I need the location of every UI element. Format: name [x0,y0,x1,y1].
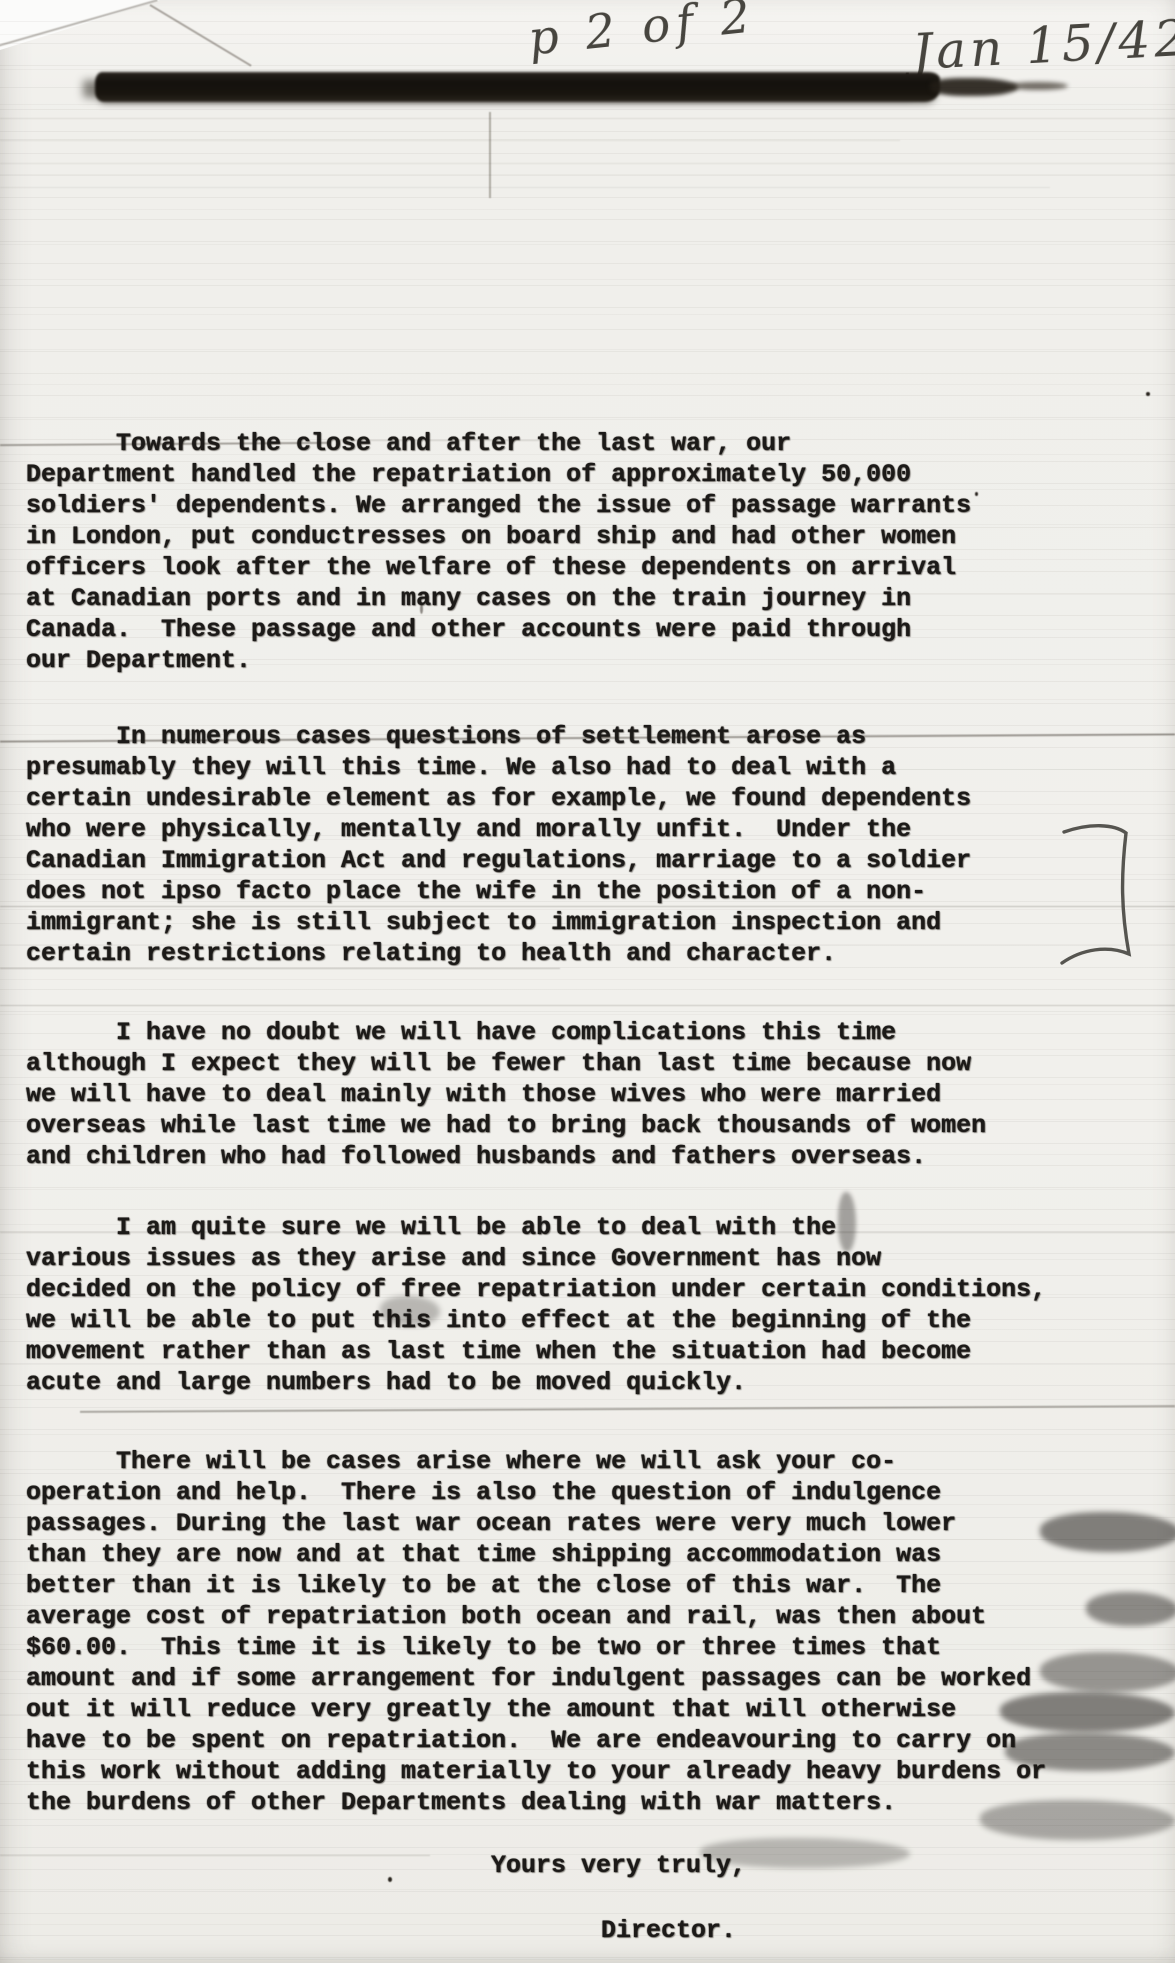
ink-smudge [1040,1512,1175,1552]
handwritten-page-note: p 2 of 2 [526,0,759,67]
paper-speck [420,604,423,614]
scan-streak [0,140,900,141]
letter-paragraph: Towards the close and after the last war… [26,428,1146,676]
ink-smudge [700,1838,910,1868]
paper-speck [388,1877,392,1882]
paper-speck [975,492,978,496]
ink-smudge [380,1296,440,1326]
fold-crease-line [149,4,251,66]
scan-streak [0,187,1050,188]
ink-smudge [980,1800,1175,1840]
handwritten-date-note: Jan 15/42 [911,9,1175,81]
photocopy-toner-wisp [1008,82,1068,90]
ink-smudge [1086,1592,1175,1626]
signature-title: Director. [601,1915,1146,1946]
ink-smudge [1040,1652,1175,1692]
ink-smudge [838,1192,856,1252]
fold-corner [0,0,170,58]
ink-smudge [1005,1733,1175,1771]
letter-body: Towards the close and after the last war… [26,428,1146,1946]
photocopy-toner-band-tail [930,78,1018,96]
letter-paragraph: I have no doubt we will have complicatio… [26,1017,1146,1172]
letter-paragraph: I am quite sure we will be able to deal … [26,1212,1146,1398]
scan-streak [0,118,1175,119]
handwritten-margin-bracket [1056,818,1138,970]
scanned-letter-page: p 2 of 2 Jan 15/42 Towards the close and… [0,0,1175,1963]
photocopy-toner-band [95,72,940,102]
paper-speck [1146,392,1150,396]
ink-smudge [1000,1692,1175,1732]
vertical-crease [489,112,491,198]
letter-paragraph: In numerous cases questions of settlemen… [26,721,1146,969]
scan-streak [0,163,1175,164]
letter-paragraph: There will be cases arise where we will … [26,1446,1146,1818]
